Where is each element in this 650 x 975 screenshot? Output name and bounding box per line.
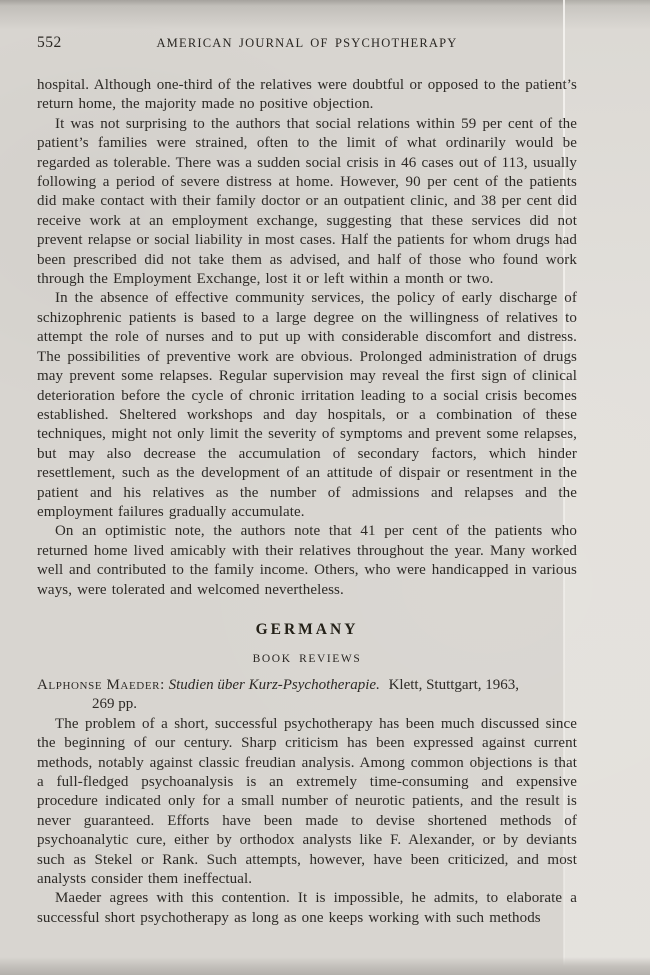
scan-edge-bottom	[0, 957, 650, 975]
citation-pages: 269 pp.	[92, 695, 577, 714]
book-citation: Alphonse Maeder: Studien über Kurz-Psych…	[37, 676, 577, 715]
paragraph-maeder-agrees: Maeder agrees with this contention. It i…	[37, 889, 577, 928]
journal-page: 552 AMERICAN JOURNAL OF PSYCHOTHERAPY ho…	[0, 0, 650, 975]
paragraph-optimistic-note: On an optimistic note, the authors note …	[37, 522, 577, 600]
page-number: 552	[37, 34, 62, 52]
page-header: 552 AMERICAN JOURNAL OF PSYCHOTHERAPY	[37, 34, 577, 52]
journal-title: AMERICAN JOURNAL OF PSYCHOTHERAPY	[37, 34, 577, 51]
section-heading-germany: GERMANY	[37, 621, 577, 639]
citation-imprint: Klett, Stuttgart, 1963,	[389, 677, 519, 693]
citation-title: Studien über Kurz-Psychotherapie.	[169, 677, 380, 693]
section-subheading-book-reviews: BOOK REVIEWS	[37, 653, 577, 665]
citation-author: Alphonse Maeder:	[37, 677, 165, 693]
page-content: 552 AMERICAN JOURNAL OF PSYCHOTHERAPY ho…	[37, 34, 577, 928]
paragraph-social-relations: It was not surprising to the authors tha…	[37, 115, 577, 290]
paragraph-community-services: In the absence of effective community se…	[37, 289, 577, 522]
paragraph-hospital: hospital. Although one-third of the rela…	[37, 76, 577, 115]
paragraph-short-psychotherapy: The problem of a short, successful psych…	[37, 715, 577, 890]
